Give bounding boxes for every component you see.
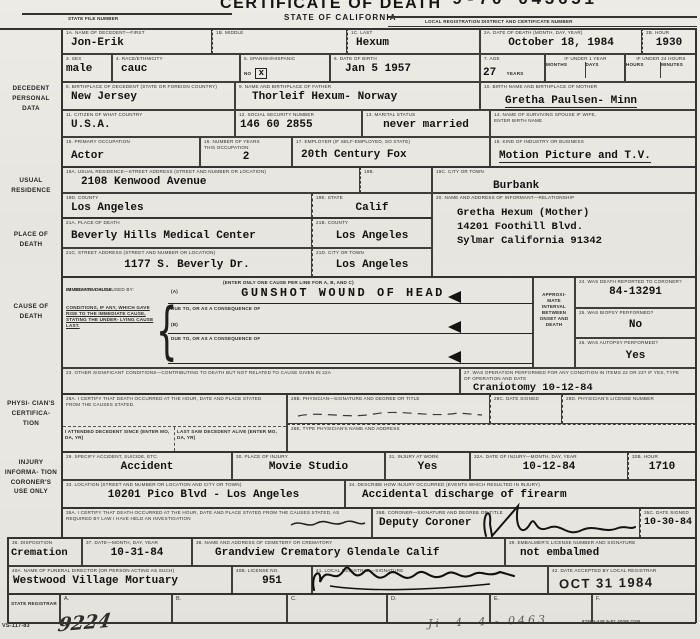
field-9-father-name-birthplace: 9. NAME AND BIRTHPLACE OF FATHER Thorlei… (235, 82, 480, 110)
field-23-other-conditions: 23. OTHER SIGNIFICANT CONDITIONS—CONTRIB… (62, 368, 460, 394)
cause-line-c (168, 363, 534, 364)
field-26-autopsy: 26. WAS AUTOPSY PERFORMED? Yes (575, 338, 696, 368)
state-registrar-label: STATE REGISTRAR (9, 601, 59, 607)
interval-onset-death-box: APPROXI- MATE INTERVAL BETWEEN ONSET AND… (533, 277, 575, 368)
field-23-label: 23. OTHER SIGNIFICANT CONDITIONS—CONTRIB… (63, 369, 459, 376)
registrar-cell-f-label: F. (593, 595, 695, 603)
field-6-label: 6. DATE OF BIRTH (331, 55, 479, 62)
field-26-label: 26. WAS AUTOPSY PERFORMED? (576, 339, 695, 346)
field-36-value: Cremation (11, 547, 81, 559)
field-31-label: 31. INJURY AT WORK (386, 453, 469, 460)
field-22-conditions-note: CONDITIONS, IF ANY, WHICH GAVE RISE TO T… (66, 305, 154, 329)
field-4-value: cauc (121, 63, 239, 75)
field-8-value: New Jersey (71, 91, 234, 103)
field-35c-value: 10-30-84 (641, 517, 695, 528)
field-28b-label: 28B. PHYSICIAN—SIGNATURE AND DEGREE OR T… (288, 395, 489, 402)
section-place-of-death: PLACE OF DEATH (3, 230, 59, 250)
rule-physician-top (62, 393, 696, 395)
field-28e-label: 28E. TYPE PHYSICIAN'S NAME AND ADDRESS (288, 425, 695, 432)
field-21c-death-street-address: 21C. STREET ADDRESS (STREET AND NUMBER O… (62, 248, 312, 277)
field-months-cell: MONTHS (546, 62, 586, 78)
field-18-value: Motion Picture and T.V. (499, 150, 651, 163)
field-7-age: 7. AGE 27 YEARS (480, 54, 545, 82)
field-25-label: 25. WAS BIOPSY PERFORMED? (576, 309, 695, 316)
field-22-immediate-cause-label: IMMEDIATE CAUSE (66, 287, 112, 293)
field-25-biopsy: 25. WAS BIOPSY PERFORMED? No (575, 308, 696, 338)
field-3-sex: 3. SEX male (62, 54, 112, 82)
field-13-label: 13. MARITAL STATUS (363, 111, 489, 118)
field-30-value: Movie Studio (233, 461, 384, 473)
section-decedent-personal-data: DECEDENT PERSONAL DATA (3, 84, 59, 113)
registrar-cell-c: C. (287, 594, 387, 623)
field-5-checkbox-mark: x (259, 68, 264, 78)
field-27-operation: 27. WAS OPERATION PERFORMED FOR ANY COND… (460, 368, 696, 394)
rule-cause-top (62, 276, 696, 278)
date-accepted-stamp: OCT 31 1984 (559, 573, 695, 591)
physician-signature-scrawl (296, 407, 486, 421)
rule-place-of-death-top (62, 217, 432, 219)
field-17-value: 20th Century Fox (301, 149, 489, 161)
rule-form-top (62, 28, 696, 30)
field-5-checkbox: x (255, 68, 267, 79)
field-40b-label: 40B. LICENSE NO. (233, 567, 311, 574)
arrow-marker-icon (448, 321, 461, 333)
field-if-under-1-year: IF UNDER 1 YEAR MONTHS DAYS (545, 54, 625, 82)
section-cause-of-death: CAUSE OF DEATH (3, 302, 59, 322)
field-32b-hour-of-injury: 32B. HOUR 1710 (628, 452, 696, 480)
field-19e-label: 19E. STATE (313, 194, 431, 201)
cause-due-to-label-2: DUE TO, OR AS A CONSEQUENCE OF (171, 336, 260, 342)
field-under24hours-label: IF UNDER 24 HOURS (626, 55, 695, 62)
field-if-under-24-hours: IF UNDER 24 HOURS HOURS MINUTES (625, 54, 696, 82)
field-29-accident-suicide: 29. SPECIFY ACCIDENT, SUICIDE, ETC. Acci… (62, 452, 232, 480)
field-7-years-label: YEARS (507, 71, 524, 77)
field-6-value: Jan 5 1957 (345, 63, 479, 75)
field-10-mother-name-birthplace: 10. BIRTH NAME AND BIRTHPLACE OF MOTHER … (480, 82, 696, 110)
registrar-cell-b: B. (172, 594, 287, 623)
field-8-birthplace: 8. BIRTHPLACE OF DECEDENT (STATE OR FORE… (62, 82, 235, 110)
state-file-number-label: STATE FILE NUMBER (68, 16, 118, 22)
field-11-value: U.S.A. (71, 119, 234, 131)
field-10-value: Gretha Paulsen- Minn (505, 95, 637, 108)
section-physicians-certification: PHYSI- CIAN'S CERTIFICA- TION (3, 399, 59, 428)
field-21a-value: Beverly Hills Medical Center (71, 230, 311, 242)
field-14-label: 14. NAME OF SURVIVING SPOUSE IF WIFE, EN… (491, 111, 616, 123)
registrar-cell-a-label: A. (61, 595, 171, 603)
field-7-value: 27 (483, 67, 496, 79)
field-19a-label: 19A. USUAL RESIDENCE—STREET ADDRESS (STR… (63, 168, 359, 175)
field-28d-label: 28D. PHYSICIAN'S LICENSE NUMBER (563, 395, 695, 402)
field-28a-attended-label: I ATTENDED DECEDENT SINCE (ENTER MO, DA,… (63, 427, 174, 451)
field-15-occupation: 15. PRIMARY OCCUPATION Actor (62, 137, 200, 167)
field-36-label: 36. DISPOSITION (9, 539, 81, 546)
field-37-disposition-date: 37. DATE—MONTH, DAY, YEAR 10-31-84 (82, 538, 192, 566)
field-6-date-of-birth: 6. DATE OF BIRTH Jan 5 1957 (330, 54, 480, 82)
rule-left-edge-lower (7, 537, 9, 623)
field-39-embalmer: 39. EMBALMER'S LICENSE NUMBER AND SIGNAT… (505, 538, 696, 566)
field-32a-date-of-injury: 32A. DATE OF INJURY—MONTH, DAY, YEAR 10-… (470, 452, 628, 480)
field-16-label: 16. NUMBER OF YEARS THIS OCCUPATION (201, 138, 266, 150)
cause-line-a (168, 303, 534, 304)
certificate-number-value: 9-70 043651 (452, 0, 694, 10)
field-33-label: 33. LOCATION (STREET AND NUMBER OR LOCAT… (63, 481, 344, 488)
field-31-value: Yes (386, 461, 469, 473)
field-11-label: 11. CITIZEN OF WHAT COUNTRY (63, 111, 234, 118)
field-19d-label: 19D. COUNTY (63, 194, 311, 201)
field-32a-label: 32A. DATE OF INJURY—MONTH, DAY, YEAR (471, 453, 627, 460)
field-28a-lastsaw-label: LAST SAW DECEDENT ALIVE (ENTER MO, DA, Y… (174, 427, 286, 451)
field-21c-label: 21C. STREET ADDRESS (STREET AND NUMBER O… (63, 249, 311, 256)
coroner-signature-scrawl (478, 500, 638, 542)
rule-right-edge (695, 28, 697, 623)
field-21b-label: 21B. COUNTY (313, 219, 431, 226)
field-19d-residence-county: 19D. COUNTY Los Angeles (62, 193, 312, 218)
registrar-cell-b-label: B. (173, 595, 286, 603)
field-40a-label: 40A. NAME OF FUNERAL DIRECTOR (OR PERSON… (9, 567, 231, 574)
field-29-label: 29. SPECIFY ACCIDENT, SUICIDE, ETC. (63, 453, 231, 460)
field-19a-value: 2108 Kenwood Avenue (81, 176, 359, 188)
field-3-value: male (66, 63, 111, 75)
field-19d-value: Los Angeles (71, 202, 311, 214)
field-22-cause-of-death-box: 22. DEATH WAS CAUSED BY: (ENTER ONLY ONE… (62, 277, 533, 368)
cause-line-b (168, 333, 534, 334)
field-28c-date-signed: 28C. DATE SIGNED (490, 394, 562, 424)
field-17-label: 17. EMPLOYER (IF SELF-EMPLOYED, SO STATE… (293, 138, 489, 145)
field-1a-label: 1A. NAME OF DECEDENT—FIRST (63, 29, 211, 36)
field-2b-label: 2B. HOUR (643, 29, 695, 36)
coroner-cert-scribble (289, 517, 367, 531)
field-1b-middle-name: 1B. MIDDLE (212, 28, 347, 54)
field-40a-value: Westwood Village Mortuary (13, 575, 231, 587)
field-18-industry: 18. KIND OF INDUSTRY OR BUSINESS Motion … (490, 137, 696, 167)
registrar-cell-d-label: D. (388, 595, 489, 603)
field-29-value: Accident (63, 461, 231, 473)
field-19e-residence-state: 19E. STATE Calif (312, 193, 432, 218)
field-35a-coroner-certification: 35A. I CERTIFY THAT DEATH OCCURRED AT TH… (62, 508, 372, 538)
field-26-value: Yes (576, 350, 695, 362)
arrow-marker-icon (448, 351, 461, 363)
certificate-number-stamp: 9-70 043651 (452, 0, 694, 13)
rule-top-right (388, 16, 697, 18)
field-40b-license-number: 40B. LICENSE NO. 951 (232, 566, 312, 594)
field-20-line1: Gretha Hexum (Mother) (457, 207, 695, 219)
interval-label: APPROXI- MATE INTERVAL BETWEEN ONSET AND… (534, 292, 574, 328)
field-4-race-ethnicity: 4. RACE/ETHNICITY cauc (112, 54, 240, 82)
rule-injury-top (62, 451, 696, 453)
field-28a-certification: 28A. I CERTIFY THAT DEATH OCCURRED AT TH… (62, 394, 287, 452)
field-28c-label: 28C. DATE SIGNED (491, 395, 561, 402)
field-19c-label: 19C. CITY OR TOWN (433, 168, 695, 175)
field-20-line3: Sylmar California 91342 (457, 235, 695, 247)
rule-bottom (8, 622, 696, 624)
field-11-citizenship: 11. CITIZEN OF WHAT COUNTRY U.S.A. (62, 110, 235, 137)
death-certificate-document: CERTIFICATE OF DEATH 9-70 043651 STATE O… (0, 0, 700, 639)
field-9-label: 9. NAME AND BIRTHPLACE OF FATHER (236, 83, 479, 90)
field-35c-date-signed: 35C. DATE SIGNED 10-30-84 (640, 508, 696, 538)
field-21b-value: Los Angeles (313, 230, 431, 242)
field-2a-value: October 18, 1984 (481, 37, 641, 49)
field-40b-value: 951 (233, 575, 311, 587)
field-13-value: never married (363, 119, 489, 131)
field-21d-value: Los Angeles (313, 259, 431, 271)
rule-top-right-2 (388, 26, 697, 27)
field-12-label: 12. SOCIAL SECURITY NUMBER (236, 111, 361, 118)
rule-top-left (22, 13, 232, 15)
registrar-cell-e-label: E. (491, 595, 591, 603)
field-12-value: 146 60 2855 (240, 119, 361, 131)
cause-line-b-prefix: (B) (171, 322, 178, 328)
field-1c-value: Hexum (356, 37, 479, 49)
field-34-label: 34. DESCRIBE HOW INJURY OCCURRED (EVENTS… (346, 481, 695, 488)
field-32b-label: 32B. HOUR (629, 453, 695, 460)
field-8-label: 8. BIRTHPLACE OF DECEDENT (STATE OR FORE… (63, 83, 234, 90)
field-42-date-accepted: 42. DATE ACCEPTED BY LOCAL REGISTRAR OCT… (548, 566, 696, 594)
section-usual-residence: USUAL RESIDENCE (3, 176, 59, 196)
field-28d-license-number: 28D. PHYSICIAN'S LICENSE NUMBER (562, 394, 696, 424)
local-registrar-signature-scrawl (310, 556, 520, 596)
field-19c-value: Burbank (493, 180, 539, 193)
field-1c-last-name: 1C. LAST Hexum (347, 28, 480, 54)
field-days-cell: DAYS (586, 62, 625, 78)
field-21d-death-city: 21D. CITY OR TOWN Los Angeles (312, 248, 432, 277)
state-registrar-label-box: STATE REGISTRAR (8, 594, 60, 623)
form-number: VS-117-83 (2, 623, 30, 630)
field-31-injury-at-work: 31. INJURY AT WORK Yes (385, 452, 470, 480)
cause-due-to-label-1: DUE TO, OR AS A CONSEQUENCE OF (171, 306, 260, 312)
field-28e-physician-name-address: 28E. TYPE PHYSICIAN'S NAME AND ADDRESS (287, 424, 696, 452)
field-19c-residence-city: 19C. CITY OR TOWN Burbank (432, 167, 696, 193)
field-32a-value: 10-12-84 (471, 461, 627, 473)
field-2a-label: 2A. DATE OF DEATH (MONTH, DAY, YEAR) (481, 29, 641, 36)
field-under1year-label: IF UNDER 1 YEAR (546, 55, 624, 62)
field-20-line2: 14201 Foothill Blvd. (457, 221, 695, 233)
field-7-label: 7. AGE (481, 55, 544, 62)
field-37-label: 37. DATE—MONTH, DAY, YEAR (83, 539, 191, 546)
field-32b-value: 1710 (629, 461, 695, 473)
field-2a-date-of-death: 2A. DATE OF DEATH (MONTH, DAY, YEAR) Oct… (480, 28, 642, 54)
field-24-reported-to-coroner: 24. WAS DEATH REPORTED TO CORONER? 84-13… (575, 277, 696, 308)
field-19a-residence-street: 19A. USUAL RESIDENCE—STREET ADDRESS (STR… (62, 167, 360, 193)
field-9-value: Thorleif Hexum- Norway (252, 91, 479, 103)
field-25-value: No (576, 319, 695, 331)
field-33-injury-location: 33. LOCATION (STREET AND NUMBER OR LOCAT… (62, 480, 345, 508)
field-3-label: 3. SEX (63, 55, 111, 62)
field-4-label: 4. RACE/ETHNICITY (113, 55, 239, 62)
field-36-disposition: 36. DISPOSITION Cremation (8, 538, 82, 566)
field-15-value: Actor (71, 150, 199, 162)
field-17-employer: 17. EMPLOYER (IF SELF-EMPLOYED, SO STATE… (292, 137, 490, 167)
field-20-label: 20. NAME AND ADDRESS OF INFORMANT—RELATI… (433, 194, 695, 201)
field-27-label: 27. WAS OPERATION PERFORMED FOR ANY COND… (461, 369, 686, 381)
field-1b-label: 1B. MIDDLE (213, 29, 346, 36)
rule-residence-top (62, 166, 696, 168)
field-18-label: 18. KIND OF INDUSTRY OR BUSINESS (491, 138, 695, 145)
document-title: CERTIFICATE OF DEATH (220, 0, 442, 13)
field-21a-place-of-death: 21A. PLACE OF DEATH Beverly Hills Medica… (62, 218, 312, 248)
field-5-label: 5. SPANISH/HISPANIC (241, 55, 329, 62)
field-5-no-label: NO (244, 71, 251, 77)
field-19e-value: Calif (313, 202, 431, 214)
field-1a-decedent-first-name: 1A. NAME OF DECEDENT—FIRST Jon-Erik (62, 28, 212, 54)
section-injury-information: INJURY INFORMA- TION CORONER'S USE ONLY (3, 458, 59, 497)
field-37-value: 10-31-84 (83, 547, 191, 559)
rule-left-stub (0, 28, 62, 30)
cause-line-a-prefix: (A) (171, 289, 178, 295)
field-19b-box: 19B. (360, 167, 432, 193)
field-10-label: 10. BIRTH NAME AND BIRTHPLACE OF MOTHER (481, 83, 695, 90)
field-19b-label: 19B. (361, 168, 431, 175)
local-registration-label: LOCAL REGISTRATION DISTRICT AND CERTIFIC… (425, 19, 573, 25)
field-minutes-cell: MINUTES (661, 62, 695, 78)
field-14-surviving-spouse: 14. NAME OF SURVIVING SPOUSE IF WIFE, EN… (490, 110, 696, 137)
field-16-value: 2 (201, 151, 291, 163)
field-12-social-security-number: 12. SOCIAL SECURITY NUMBER 146 60 2855 (235, 110, 362, 137)
field-20-informant: 20. NAME AND ADDRESS OF INFORMANT—RELATI… (432, 193, 696, 277)
field-13-marital-status: 13. MARITAL STATUS never married (362, 110, 490, 137)
document-subtitle: STATE OF CALIFORNIA (284, 13, 397, 22)
field-21a-label: 21A. PLACE OF DEATH (63, 219, 311, 226)
field-38-label: 38. NAME AND ADDRESS OF CEMETERY OR CREM… (193, 539, 504, 546)
field-24-value: 84-13291 (576, 286, 695, 298)
field-2b-value: 1930 (643, 37, 695, 49)
field-30-label: 30. PLACE OF INJURY (233, 453, 384, 460)
field-39-value: not embalmed (520, 547, 695, 559)
field-21d-label: 21D. CITY OR TOWN (313, 249, 431, 256)
field-21b-death-county: 21B. COUNTY Los Angeles (312, 218, 432, 248)
field-hours-cell: HOURS (626, 62, 661, 78)
arrow-marker-icon (448, 291, 461, 303)
rule-left-edge (61, 28, 63, 538)
field-34-value: Accidental discharge of firearm (362, 489, 695, 501)
field-30-place-of-injury: 30. PLACE OF INJURY Movie Studio (232, 452, 385, 480)
registrar-cell-c-label: C. (288, 595, 386, 603)
field-16-years-in-occupation: 16. NUMBER OF YEARS THIS OCCUPATION 2 (200, 137, 292, 167)
field-5-spanish-hispanic: 5. SPANISH/HISPANIC NOx (240, 54, 330, 82)
field-21c-value: 1177 S. Beverly Dr. (63, 259, 311, 271)
field-33-value: 10201 Pico Blvd - Los Angeles (63, 489, 344, 501)
field-2b-hour-of-death: 2B. HOUR 1930 (642, 28, 696, 54)
field-28a-label: 28A. I CERTIFY THAT DEATH OCCURRED AT TH… (63, 395, 268, 407)
field-40a-funeral-director: 40A. NAME OF FUNERAL DIRECTOR (OR PERSON… (8, 566, 232, 594)
field-24-label: 24. WAS DEATH REPORTED TO CORONER? (576, 278, 695, 285)
field-35c-label: 35C. DATE SIGNED (641, 509, 695, 516)
field-1c-label: 1C. LAST (348, 29, 479, 36)
field-42-label: 42. DATE ACCEPTED BY LOCAL REGISTRAR (549, 567, 695, 574)
field-15-label: 15. PRIMARY OCCUPATION (63, 138, 199, 145)
field-1a-value: Jon-Erik (71, 37, 211, 49)
field-28b-physician-signature: 28B. PHYSICIAN—SIGNATURE AND DEGREE OR T… (287, 394, 490, 424)
